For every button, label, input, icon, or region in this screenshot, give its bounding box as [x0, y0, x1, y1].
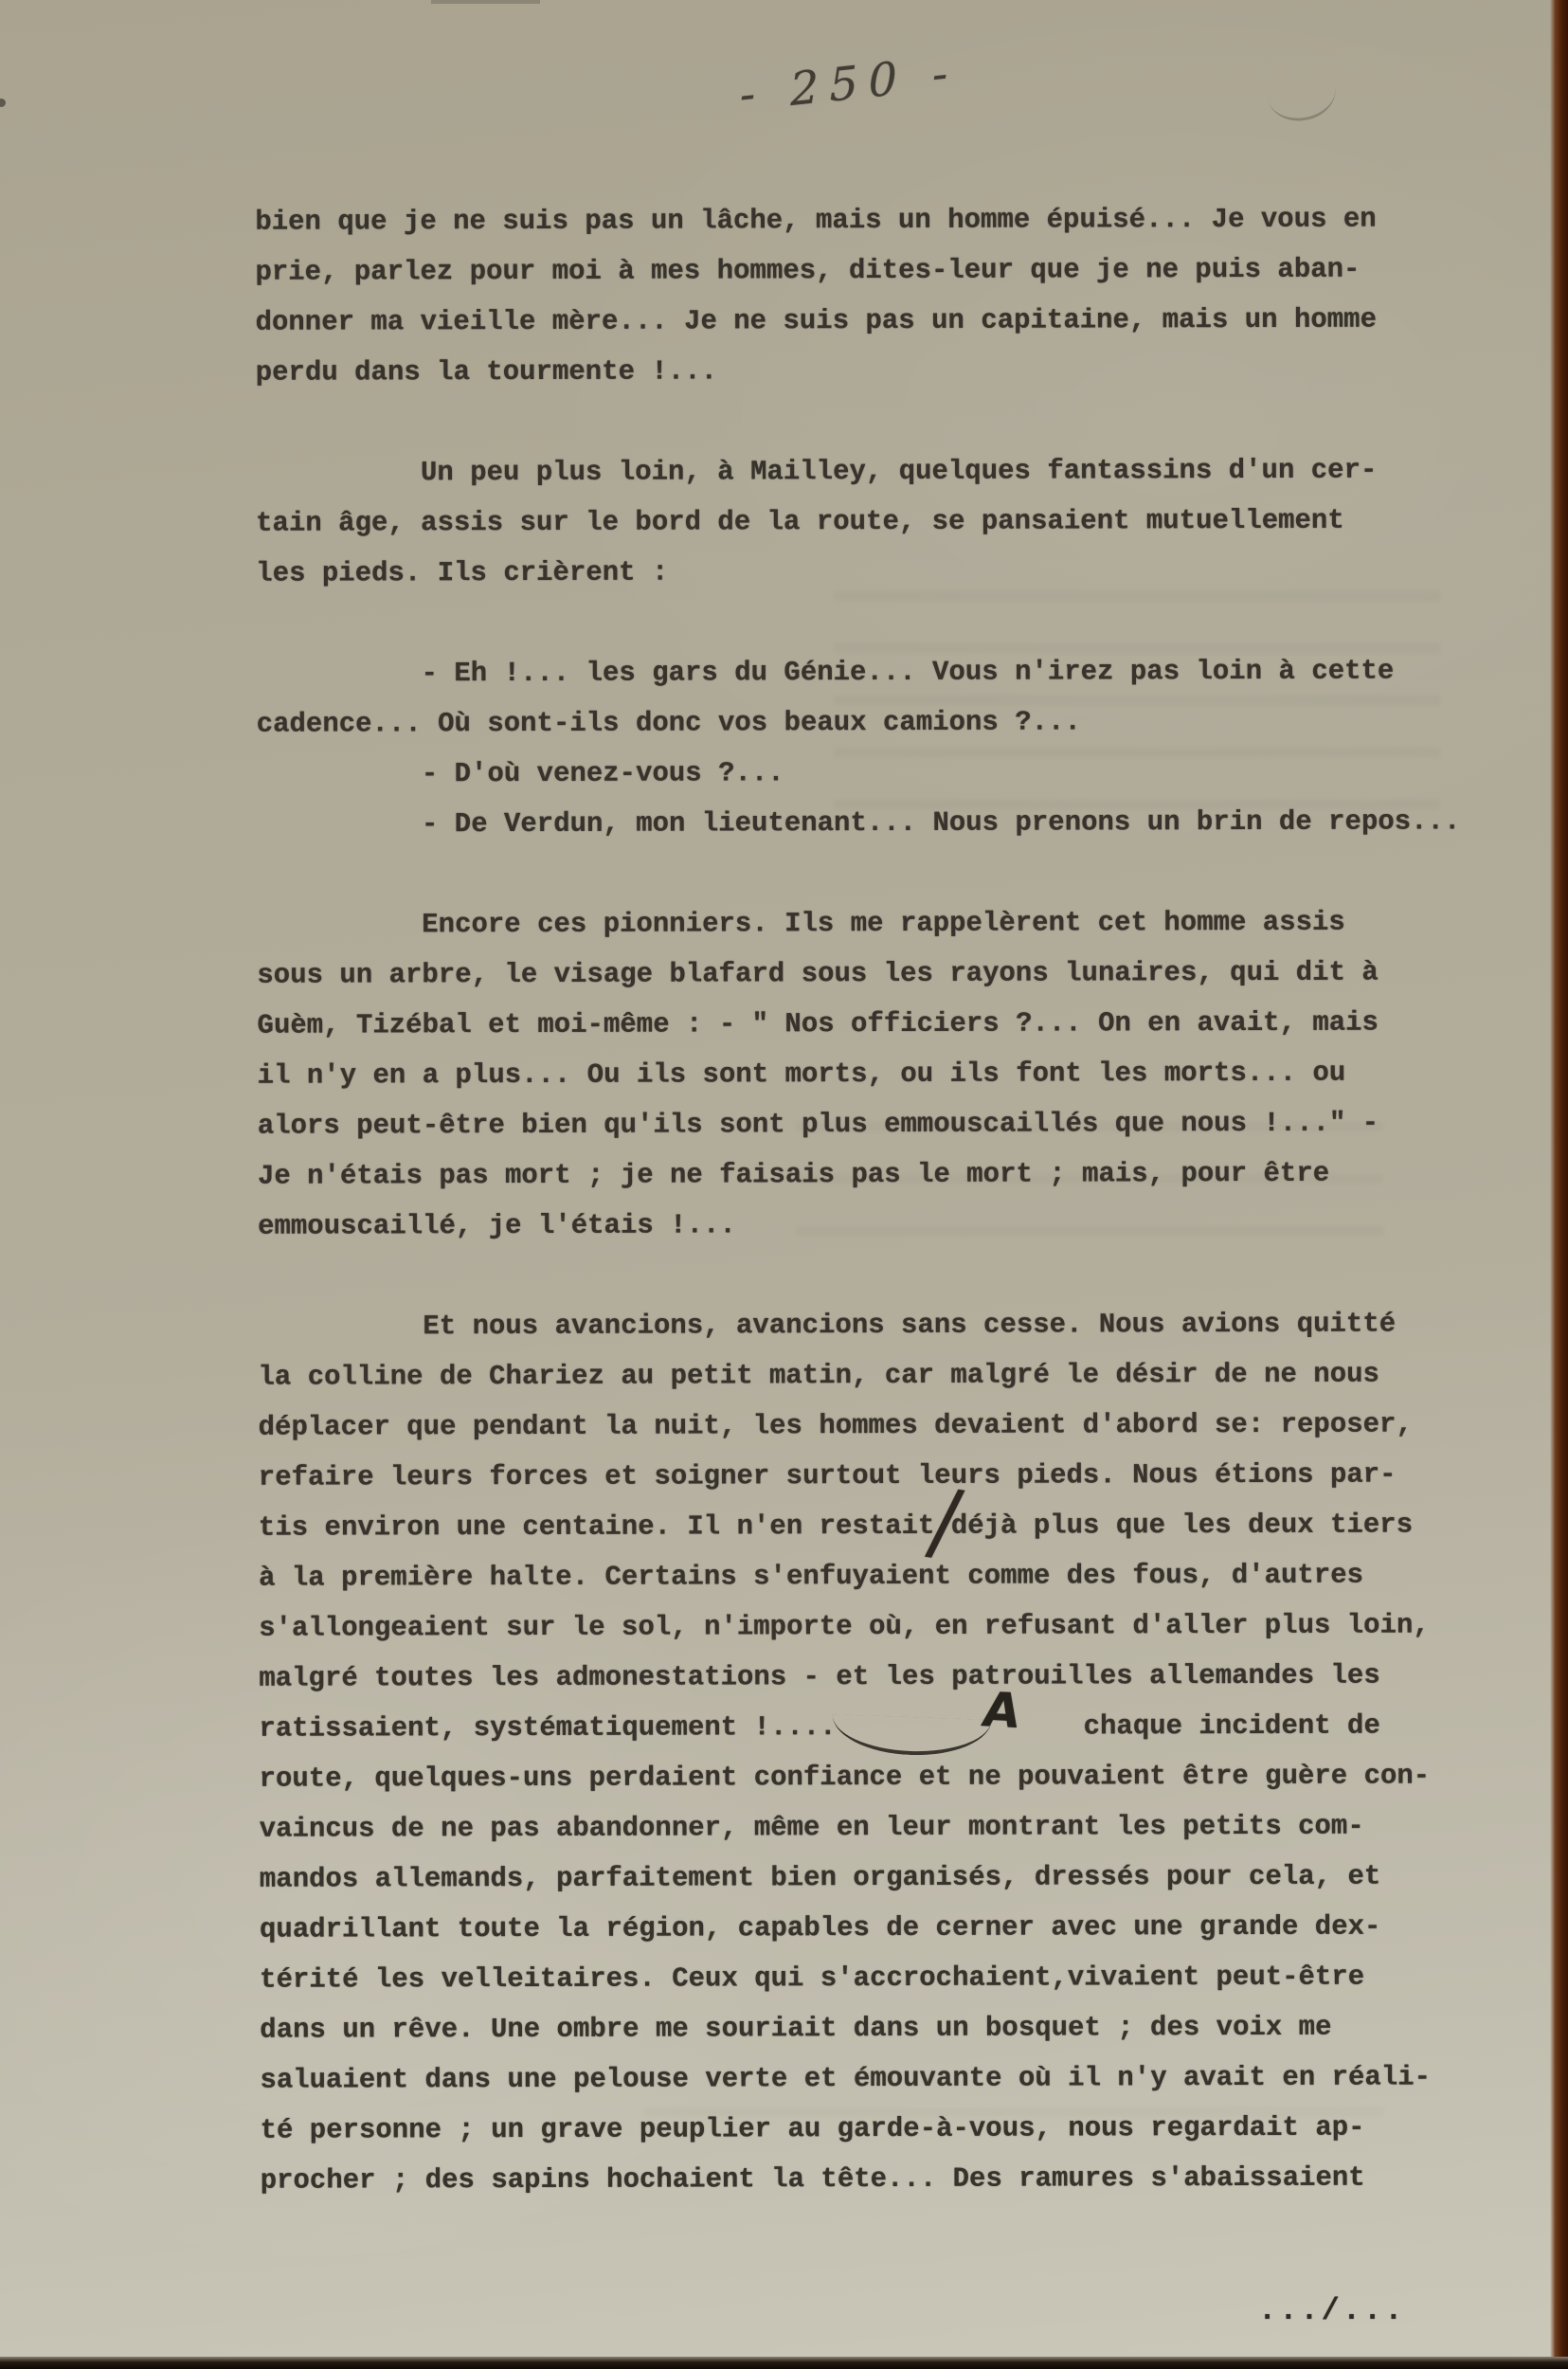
- text-line: mandos allemands, parfaitement bien orga…: [260, 1851, 1510, 1904]
- paragraph: - De Verdun, mon lieutenant... Nous pren…: [257, 796, 1507, 849]
- text-line: - Eh !... les gars du Génie... Vous n'ir…: [256, 645, 1506, 698]
- text-line: tis environ une centaine. Il n'en restai…: [259, 1499, 1509, 1552]
- text-line: Je n'étais pas mort ; je ne faisais pas …: [258, 1148, 1508, 1201]
- text-line: prie, parlez pour moi à mes hommes, dite…: [255, 244, 1505, 297]
- ink-dot: [0, 99, 6, 107]
- text-line: quadrillant toute la région, capables de…: [260, 1901, 1510, 1954]
- text-line: térité les velleitaires. Ceux qui s'accr…: [260, 1951, 1510, 2004]
- text-line: malgré toutes les admonestations - et le…: [259, 1650, 1509, 1703]
- scan-bottom-edge-band: [0, 2357, 1568, 2369]
- text-line: dans un rêve. Une ombre me souriait dans…: [260, 2001, 1510, 2054]
- paragraph: Un peu plus loin, à Mailley, quelques fa…: [256, 444, 1506, 598]
- text-line: - D'où venez-vous ?...: [257, 746, 1507, 799]
- pencil-squiggle: [1268, 87, 1340, 126]
- text-line: - De Verdun, mon lieutenant... Nous pren…: [257, 796, 1507, 849]
- scan-top-edge-mark: [431, 0, 540, 4]
- text-line: Guèm, Tizébal et moi-même : - " Nos offi…: [257, 997, 1507, 1050]
- typewritten-text: bien que je ne suis pas un lâche, mais u…: [255, 193, 1511, 2205]
- text-line: donner ma vieille mère... Je ne suis pas…: [256, 294, 1506, 347]
- continuation-mark: .../...: [1258, 2293, 1405, 2328]
- text-line: saluaient dans une pelouse verte et émou…: [260, 2052, 1510, 2105]
- paragraph: - Eh !... les gars du Génie... Vous n'ir…: [256, 645, 1506, 749]
- text-line: il n'y en a plus... Ou ils sont morts, o…: [258, 1047, 1508, 1100]
- scanned-page: - 250 - bien que je ne suis pas un lâche…: [0, 0, 1568, 2369]
- text-line: déplacer que pendant la nuit, les hommes…: [259, 1399, 1509, 1452]
- paragraph: bien que je ne suis pas un lâche, mais u…: [255, 193, 1506, 397]
- paragraph: - D'où venez-vous ?...: [257, 746, 1507, 799]
- text-line: Et nous avancions, avancions sans cesse.…: [258, 1298, 1508, 1351]
- text-line: s'allongeaient sur le sol, n'importe où,…: [259, 1600, 1509, 1653]
- text-line: Un peu plus loin, à Mailley, quelques fa…: [256, 444, 1506, 497]
- text-line: alors peut-être bien qu'ils sont plus em…: [258, 1097, 1508, 1150]
- text-line: refaire leurs forces et soigner surtout …: [259, 1449, 1509, 1502]
- text-line: té personne ; un grave peuplier au garde…: [260, 2102, 1510, 2155]
- text-line: route, quelques-uns perdaient confiance …: [260, 1750, 1510, 1803]
- paragraph: Encore ces pionniers. Ils me rappelèrent…: [257, 896, 1508, 1251]
- text-line: bien que je ne suis pas un lâche, mais u…: [255, 193, 1505, 246]
- text-line: perdu dans la tourmente !...: [256, 344, 1506, 397]
- text-line: vaincus de ne pas abandonner, même en le…: [260, 1800, 1510, 1854]
- paragraph: Et nous avancions, avancions sans cesse.…: [258, 1298, 1510, 2205]
- text-line: à la première halte. Certains s'enfuyaie…: [259, 1549, 1509, 1602]
- text-line: les pieds. Ils crièrent :: [256, 545, 1506, 598]
- text-line: tain âge, assis sur le bord de la route,…: [256, 495, 1506, 548]
- text-line: procher ; des sapins hochaient la tête..…: [261, 2152, 1511, 2205]
- page-number: - 250 -: [739, 41, 1004, 121]
- text-line: sous un arbre, le visage blafard sous le…: [257, 947, 1507, 1000]
- text-line: emmouscaillé, je l'étais !...: [258, 1198, 1508, 1251]
- text-line: la colline de Chariez au petit matin, ca…: [258, 1348, 1508, 1402]
- text-line: Encore ces pionniers. Ils me rappelèrent…: [257, 896, 1507, 949]
- text-line: cadence... Où sont-ils donc vos beaux ca…: [257, 696, 1507, 749]
- scan-right-edge-band: [1550, 0, 1568, 2369]
